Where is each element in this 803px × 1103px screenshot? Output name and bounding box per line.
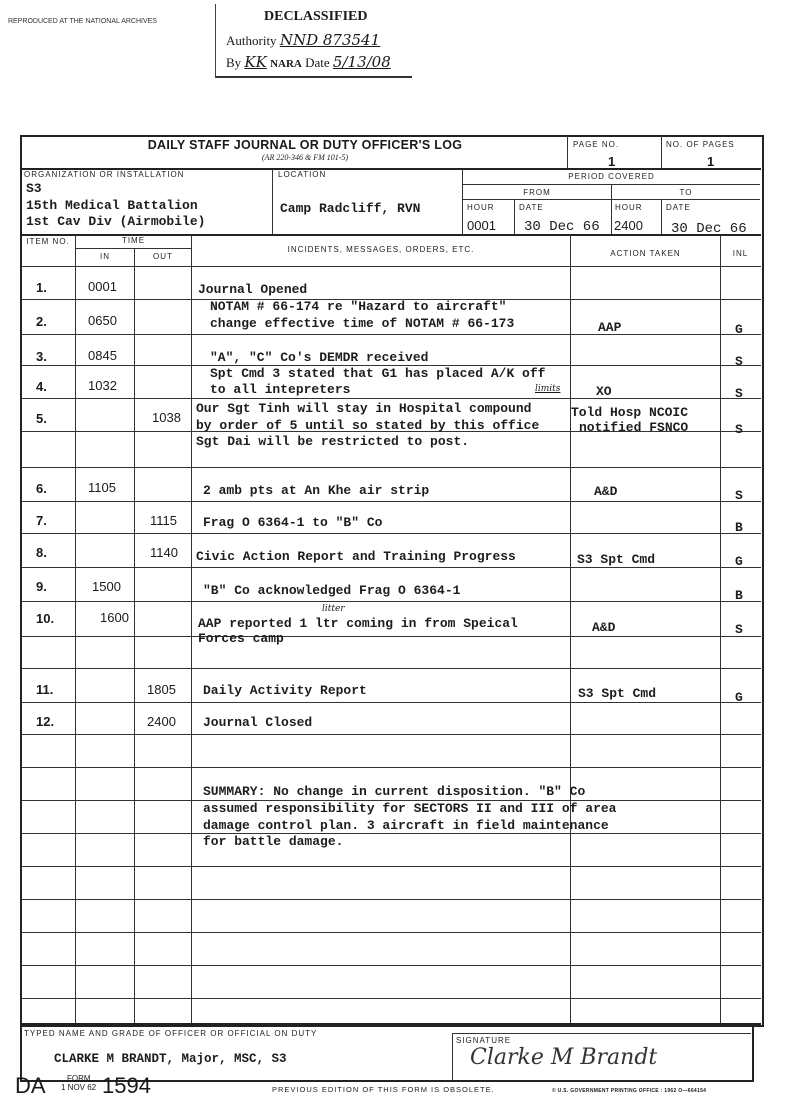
action-taken: S3 Spt Cmd — [577, 552, 655, 567]
incident-text: Civic Action Report and Training Progres… — [196, 549, 516, 564]
incident-text: "B" Co acknowledged Frag O 6364-1 — [203, 583, 460, 598]
time-in: 1600 — [100, 610, 129, 625]
location-label: LOCATION — [278, 170, 326, 179]
no-of-pages-value: 1 — [707, 154, 714, 169]
nara-label: NARA — [270, 58, 302, 70]
period-covered-label: PERIOD COVERED — [463, 172, 760, 181]
incident-text: 2 amb pts at An Khe air strip — [203, 483, 429, 498]
item-number: 12. — [36, 714, 54, 729]
page-no-label: PAGE NO. — [573, 140, 619, 149]
item-number: 4. — [36, 379, 47, 394]
form-title: DAILY STAFF JOURNAL OR DUTY OFFICER'S LO… — [130, 138, 480, 152]
time-in: 0650 — [88, 313, 117, 328]
inl-value: S — [735, 488, 743, 503]
inl-value: G — [735, 322, 743, 337]
by-row: By KK NARA Date 5/13/08 — [226, 53, 391, 71]
incident-text: AAP reported 1 ltr coming in from Speica… — [198, 616, 518, 631]
to-label: TO — [612, 188, 760, 197]
form-subtitle: (AR 220-346 & FM 101-5) — [130, 153, 480, 162]
to-hour-label: HOUR — [615, 203, 643, 212]
incident-text-cont: Sgt Dai will be restricted to post. — [196, 434, 469, 449]
incident-text-cont: change effective time of NOTAM # 66-173 — [210, 316, 514, 331]
header-incidents: INCIDENTS, MESSAGES, ORDERS, ETC. — [192, 245, 570, 254]
authority-value: NND 873541 — [280, 31, 380, 49]
inl-value: G — [735, 690, 743, 705]
form-word: FORM — [61, 1074, 96, 1083]
time-in: 1032 — [88, 378, 117, 393]
organization-line-2: 15th Medical Battalion — [26, 198, 198, 213]
time-out: 1038 — [152, 410, 181, 425]
inl-value: S — [735, 422, 743, 437]
time-out: 1140 — [150, 545, 178, 560]
authority-label: Authority — [226, 33, 277, 48]
inl-value: S — [735, 386, 743, 401]
summary-line: assumed responsibility for SECTORS II an… — [203, 801, 616, 816]
from-hour-value: 0001 — [467, 218, 496, 233]
item-number: 8. — [36, 545, 47, 560]
form-number: 1594 — [102, 1073, 151, 1099]
header-time-in: IN — [76, 252, 134, 261]
incident-text: Spt Cmd 3 stated that G1 has placed A/K … — [210, 366, 545, 381]
item-number: 9. — [36, 579, 47, 594]
form-edition: FORM 1 NOV 62 — [61, 1074, 96, 1092]
signature: Clarke M Brandt — [470, 1045, 657, 1070]
by-value: KK — [244, 53, 266, 71]
organization-label: ORGANIZATION OR INSTALLATION — [24, 170, 184, 179]
action-taken: S3 Spt Cmd — [578, 686, 656, 701]
time-out: 1805 — [147, 682, 176, 697]
declassification-stamp: DECLASSIFIED Authority NND 873541 By KK … — [215, 4, 412, 78]
action-taken-cont: notified FSNCO — [579, 420, 688, 435]
declassified-title: DECLASSIFIED — [264, 9, 367, 25]
header-time-out: OUT — [135, 252, 191, 261]
form-box — [20, 135, 764, 1027]
location-value: Camp Radcliff, RVN — [280, 201, 420, 216]
from-date-label: DATE — [519, 203, 544, 212]
inl-value: S — [735, 354, 743, 369]
form-prefix: DA — [15, 1073, 46, 1099]
previous-edition-note: PREVIOUS EDITION OF THIS FORM IS OBSOLET… — [272, 1085, 495, 1094]
inl-value: B — [735, 520, 743, 535]
item-number: 2. — [36, 314, 47, 329]
organization-line-1: S3 — [26, 181, 42, 196]
action-taken: AAP — [598, 320, 621, 335]
printing-office-note: © U.S. GOVERNMENT PRINTING OFFICE : 1962… — [552, 1088, 706, 1094]
item-number: 1. — [36, 280, 47, 295]
officer-label: TYPED NAME AND GRADE OF OFFICER OR OFFIC… — [24, 1029, 317, 1038]
to-date-label: DATE — [666, 203, 691, 212]
inl-value: G — [735, 554, 743, 569]
declass-date-value: 5/13/08 — [333, 53, 391, 71]
page-no-value: 1 — [608, 154, 615, 169]
incident-text: NOTAM # 66-174 re "Hazard to aircraft" — [210, 299, 506, 314]
to-hour-value: 2400 — [614, 218, 643, 233]
item-number: 10. — [36, 611, 54, 626]
action-taken: XO — [596, 384, 612, 399]
incident-text: Daily Activity Report — [203, 683, 367, 698]
form-date: 1 NOV 62 — [61, 1083, 96, 1092]
header-time: TIME — [76, 236, 191, 245]
incident-text: "A", "C" Co's DEMDR received — [210, 350, 428, 365]
archive-note: REPRODUCED AT THE NATIONAL ARCHIVES — [8, 18, 157, 25]
organization-line-3: 1st Cav Div (Airmobile) — [26, 214, 205, 229]
handwritten-annotation: litter — [322, 604, 345, 614]
action-taken: Told Hosp NCOIC — [571, 405, 688, 420]
header-inl: INL — [721, 249, 760, 258]
item-number: 5. — [36, 411, 47, 426]
handwritten-annotation: limits — [535, 384, 560, 394]
from-label: FROM — [463, 188, 611, 197]
time-in: 0845 — [88, 348, 117, 363]
time-in: 0001 — [88, 279, 117, 294]
from-hour-label: HOUR — [467, 203, 495, 212]
no-of-pages-label: NO. OF PAGES — [666, 140, 735, 149]
time-in: 1105 — [88, 480, 116, 495]
incident-text: Journal Closed — [203, 715, 312, 730]
item-number: 6. — [36, 481, 47, 496]
date-label: Date — [305, 55, 330, 70]
time-out: 2400 — [147, 714, 176, 729]
action-taken: A&D — [594, 484, 617, 499]
incident-text-cont: Forces camp — [198, 631, 284, 646]
incident-text-cont: by order of 5 until so stated by this of… — [196, 418, 539, 433]
header-action-taken: ACTION TAKEN — [571, 249, 720, 258]
incident-text: Our Sgt Tinh will stay in Hospital compo… — [196, 401, 531, 416]
from-date-value: 30 Dec 66 — [524, 219, 600, 235]
summary-line: damage control plan. 3 aircraft in field… — [203, 818, 609, 833]
summary-line: SUMMARY: No change in current dispositio… — [203, 784, 585, 799]
item-number: 7. — [36, 513, 47, 528]
time-out: 1115 — [150, 513, 177, 528]
inl-value: S — [735, 622, 743, 637]
inl-value: B — [735, 588, 743, 603]
incident-text: Frag O 6364-1 to "B" Co — [203, 515, 382, 530]
authority-row: Authority NND 873541 — [226, 31, 380, 49]
signature-label: SIGNATURE — [456, 1036, 511, 1045]
item-number: 11. — [36, 682, 53, 697]
action-taken: A&D — [592, 620, 615, 635]
header-item-no: ITEM NO. — [21, 237, 75, 247]
incident-text: Journal Opened — [198, 282, 307, 297]
item-number: 3. — [36, 349, 47, 364]
time-in: 1500 — [92, 579, 121, 594]
summary-line: for battle damage. — [203, 834, 343, 849]
incident-text-cont: to all intepreters — [210, 382, 350, 397]
by-label: By — [226, 55, 241, 70]
officer-name: CLARKE M BRANDT, Major, MSC, S3 — [54, 1052, 287, 1066]
